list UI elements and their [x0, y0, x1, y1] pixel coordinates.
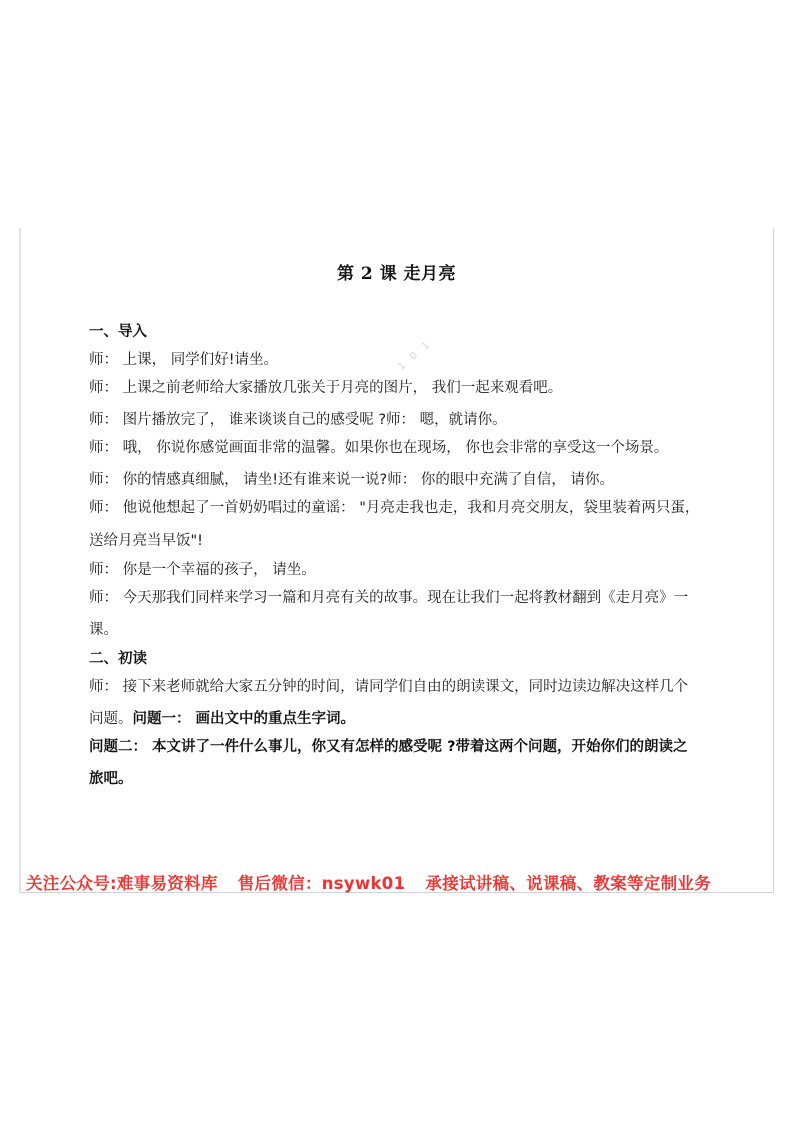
- paragraph-line: 师： 上课之前老师给大家播放几张关于月亮的图片， 我们一起来观看吧。: [89, 381, 562, 396]
- section-heading-intro: 一、导入: [89, 325, 147, 340]
- paragraph-line: 师： 他说他想起了一首奶奶唱过的童谣： "月亮走我也走，我和月亮交朋友，袋里装着…: [89, 501, 699, 516]
- promo-footer-banner: 关注公众号:难事易资料库 售后微信：nsywk01 承接试讲稿、说课稿、教案等定…: [26, 870, 771, 894]
- question-two-end: 旅吧。: [89, 772, 133, 787]
- page-title: 第 2 课 走月亮: [0, 259, 793, 284]
- footer-account: 关注公众号:难事易资料库: [26, 874, 218, 893]
- paragraph-line: 送给月亮当早饭"!: [89, 534, 203, 549]
- paragraph-line: 师： 哦， 你说你感觉画面非常的温馨。如果你也在现场， 你也会非常的享受这一个场…: [89, 441, 668, 456]
- paragraph-line: 师： 上课， 同学们好!请坐。: [89, 353, 278, 368]
- question-one-line: 问题。问题一： 画出文中的重点生字词。: [89, 712, 355, 727]
- paragraph-line: 师： 你的情感真细腻， 请坐!还有谁来说一说?师： 你的眼中充满了自信， 请你。: [89, 473, 614, 488]
- question-lead: 问题。: [89, 711, 133, 727]
- paragraph-line: 课。: [89, 623, 118, 638]
- paragraph-line: 师： 你是一个幸福的孩子， 请坐。: [89, 563, 316, 578]
- footer-wechat: 售后微信：nsywk01: [238, 874, 406, 893]
- question-one: 问题一： 画出文中的重点生字词。: [133, 711, 356, 727]
- paragraph-line: 师： 今天那我们同样来学习一篇和月亮有关的故事。现在让我们一起将教材翻到《走月亮…: [89, 591, 688, 606]
- question-two: 问题二： 本文讲了一件什么事儿，你又有怎样的感受呢 ?带着这两个问题，开始你们的…: [89, 740, 688, 755]
- paragraph-line: 师： 图片播放完了， 谁来谈谈自己的感受呢 ?师： 嗯，就请你。: [89, 413, 507, 428]
- section-heading-first-reading: 二、初读: [89, 652, 147, 667]
- paragraph-line: 师： 接下来老师就给大家五分钟的时间，请同学们自由的朗读课文，同时边读边解决这样…: [89, 680, 688, 695]
- footer-services: 承接试讲稿、说课稿、教案等定制业务: [425, 874, 711, 893]
